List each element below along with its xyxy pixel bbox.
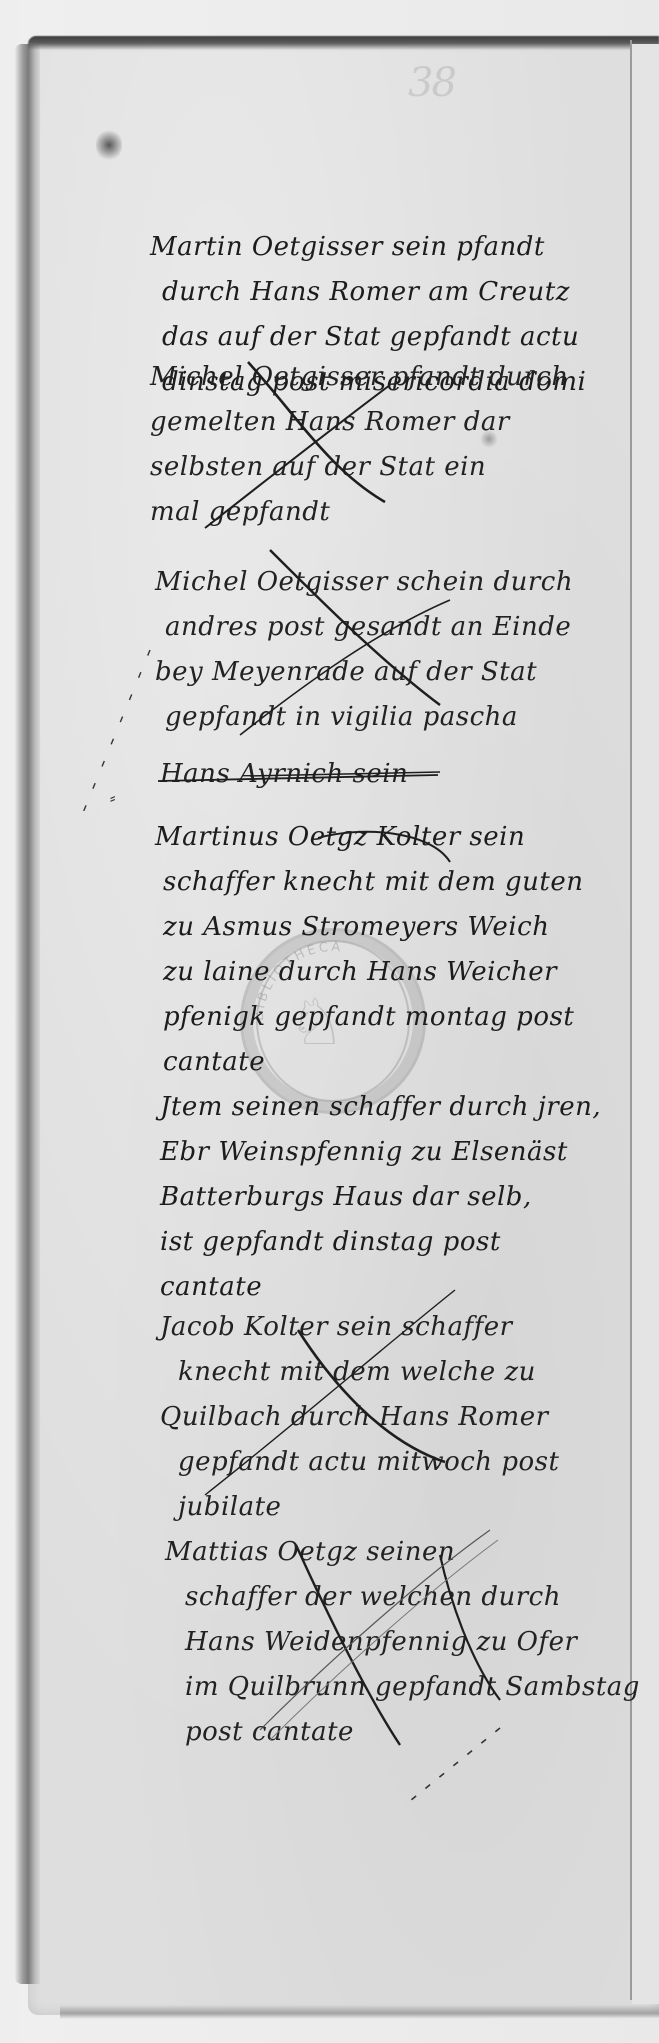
entry-line: bey Meyenrade auf der Stat (155, 650, 625, 695)
entry-3: Michel Oetgisser schein durch andres pos… (155, 560, 625, 740)
entry-line: cantate (155, 1040, 625, 1085)
entry-line: Hans Weidenpfennig zu Ofer (165, 1620, 635, 1665)
entry-line: selbsten auf der Stat ein (150, 445, 620, 490)
entry-8: Mattias Oetgz seinen schaffer der welche… (165, 1530, 635, 1755)
entry-line: gepfandt actu mitwoch post (160, 1440, 630, 1485)
entry-line: Jacob Kolter sein schaffer (160, 1305, 630, 1350)
entry-5: Martinus Oetgz Kolter sein schaffer knec… (155, 815, 625, 1085)
entry-2: Michel Oetgisser pfandt durch gemelten H… (150, 355, 620, 535)
folio-number: 38 (408, 60, 455, 106)
entry-line: ist gepfandt dinstag post (160, 1220, 630, 1265)
entry-line: post cantate (165, 1710, 635, 1755)
entry-line: Michel Oetgisser schein durch (155, 560, 625, 605)
entry-line: zu Asmus Stromeyers Weich (155, 905, 625, 950)
entry-line: Michel Oetgisser pfandt durch (150, 355, 620, 400)
entry-line: schaffer der welchen durch (165, 1575, 635, 1620)
entry-line: Quilbach durch Hans Romer (160, 1395, 630, 1440)
entry-line: Mattias Oetgz seinen (165, 1530, 635, 1575)
entry-line: pfenigk gepfandt montag post (155, 995, 625, 1040)
entry-4: Hans Ayrnich sein (160, 752, 630, 797)
manuscript-scan: 38 BIBLIOTHECA ♘ Martin Oetgisser sein p… (0, 0, 659, 2043)
entry-line: zu laine durch Hans Weicher (155, 950, 625, 995)
entry-line: Batterburgs Haus dar selb, (160, 1175, 630, 1220)
entry-6: Jtem seinen schaffer durch jren, Ebr Wei… (160, 1085, 630, 1310)
entry-line: mal gepfandt (150, 490, 620, 535)
entry-line: Hans Ayrnich sein (160, 752, 630, 797)
entry-line: Jtem seinen schaffer durch jren, (160, 1085, 630, 1130)
entry-line: andres post gesandt an Einde (155, 605, 625, 650)
entry-line: jubilate (160, 1485, 630, 1530)
adjacent-page-margin (632, 44, 659, 2004)
ink-blot (96, 128, 122, 162)
entry-line: Ebr Weinspfennig zu Elsenäst (160, 1130, 630, 1175)
margin-mark: ⸗ (110, 788, 115, 808)
entry-line: durch Hans Romer am Creutz (150, 270, 620, 315)
torn-top-edge (28, 36, 659, 50)
entry-line: das auf der Stat gepfandt actu (150, 315, 620, 360)
bound-left-edge (14, 44, 40, 1984)
entry-line: Martinus Oetgz Kolter sein (155, 815, 625, 860)
entry-line: knecht mit dem welche zu (160, 1350, 630, 1395)
entry-line: im Quilbrunn gepfandt Sambstag (165, 1665, 635, 1710)
entry-line: cantate (160, 1265, 630, 1310)
entry-line: gepfandt in vigilia pascha (155, 695, 625, 740)
entry-line: schaffer knecht mit dem guten (155, 860, 625, 905)
entry-7: Jacob Kolter sein schaffer knecht mit de… (160, 1305, 630, 1530)
bottom-edge (60, 2005, 659, 2019)
entry-line: gemelten Hans Romer dar (150, 400, 620, 445)
entry-line: Martin Oetgisser sein pfandt (150, 225, 620, 270)
